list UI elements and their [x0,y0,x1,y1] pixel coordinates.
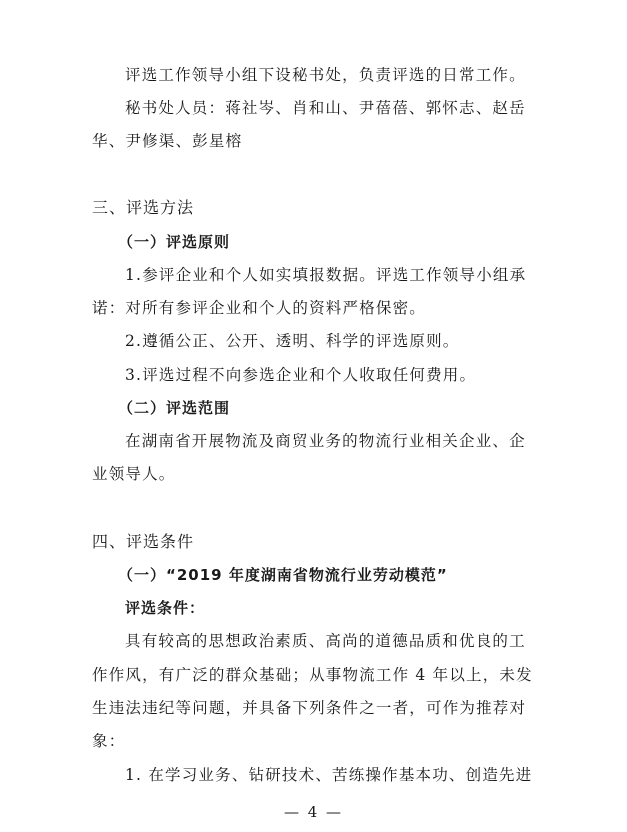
paragraph-line: 具有较高的思想政治素质、高尚的道德品质和优良的工 [125,631,565,651]
paragraph-line: 评选工作领导小组下设秘书处，负责评选的日常工作。 [125,65,565,85]
subsection-heading: （一）“2019 年度湖南省物流行业劳动模范” [118,565,558,585]
paragraph-line: 生违法违纪等问题，并具备下列条件之一者，可作为推荐对 [92,698,532,718]
list-item: 诺：对所有参评企业和个人的资料严格保密。 [92,298,532,318]
list-item: 1.参评企业和个人如实填报数据。评选工作领导小组承 [125,265,565,285]
list-item: 2.遵循公正、公开、透明、科学的评选原则。 [125,331,565,351]
paragraph-line: 华、尹修渠、彭星榕 [92,131,532,151]
list-item: 1. 在学习业务、钻研技术、苦练操作基本功、创造先进 [125,765,565,785]
subsection-heading: （一）评选原则 [118,232,558,252]
page-number: — 4 — [0,803,627,821]
paragraph-line: 业领导人。 [92,464,532,484]
criteria-label: 评选条件： [125,598,565,618]
list-item: 3.评选过程不向参选企业和个人收取任何费用。 [125,365,565,385]
subsection-heading: （二）评选范围 [118,398,558,418]
paragraph-line: 秘书处人员：蒋社岑、肖和山、尹蓓蓓、郭怀志、赵岳 [125,98,565,118]
section-heading: 四、评选条件 [92,532,532,552]
section-heading: 三、评选方法 [92,198,532,218]
paragraph-line: 在湖南省开展物流及商贸业务的物流行业相关企业、企 [125,431,565,451]
paragraph-line: 作作风，有广泛的群众基础；从事物流工作 4 年以上，未发 [92,665,532,685]
paragraph-line: 象： [92,731,532,751]
